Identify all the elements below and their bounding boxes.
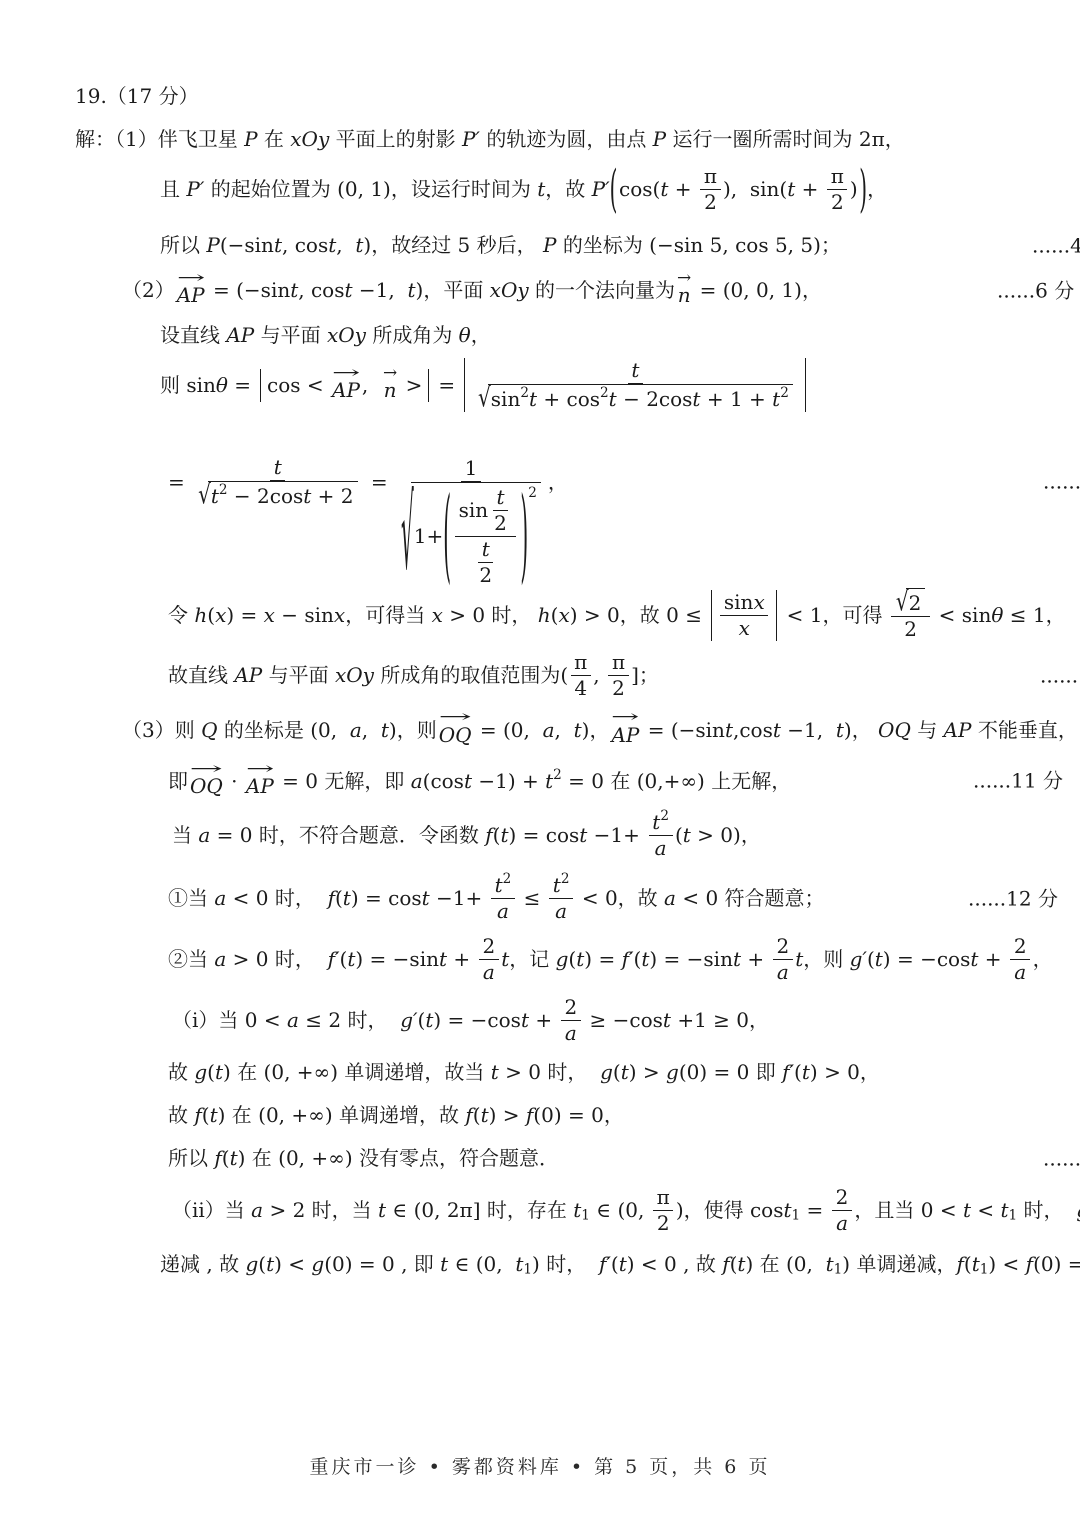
solution-line-9: 令 h(x) = x − sinx，可得当 x > 0 时， h(x) > 0，… [168,588,1080,642]
page-footer: 重庆市一诊 • 雾都资料库 • 第 5 页，共 6 页 [0,1452,1080,1479]
solution-content: 19.（17 分）解：（1）伴飞卫星 P 在 xOy 平面上的射影 P′ 的轨迹… [0,82,1080,1279]
solution-line-7: 则 sinθ = cos < →AP, →n > = t√sin2t + cos… [160,358,1080,412]
solution-line-2: 解：（1）伴飞卫星 P 在 xOy 平面上的射影 P′ 的轨迹为圆，由点 P 运… [75,125,1080,154]
solution-line-17: 故 g(t) 在 (0, +∞) 单调递增，故当 t > 0 时， g(t) >… [168,1058,1080,1087]
score-marker: ......14 分 [1043,1144,1080,1173]
solution-line-16: （i）当 0 < a ≤ 2 时， g′(t) = −cost + 2a ≥ −… [172,995,1080,1046]
solution-line-3: 且 P′ 的起始位置为 (0, 1)，设运行时间为 t，故 P′(cos(t +… [160,164,1080,215]
score-marker: ......11 分 [973,767,1063,796]
solution-line-10: 故直线 AP 与平面 xOy 所成角的取值范围为(π4, π2]；......1… [168,650,1080,701]
score-marker: ......10 分 [1040,661,1080,690]
solution-line-13: 当 a = 0 时，不符合题意．令函数 f(t) = cost −1+ t2a(… [172,810,1080,861]
solution-line-19: 所以 f(t) 在 (0, +∞) 没有零点，符合题意．......14 分 [168,1144,1080,1173]
solution-line-6: 设直线 AP 与平面 xOy 所成角为 θ， [160,321,1080,350]
solution-line-8: = t√t2 − 2cost + 2 = 1√1+(sint2t2)2，....… [168,416,1080,548]
score-marker: ......4 分 [1032,231,1080,260]
solution-line-15: ②当 a > 0 时， f′(t) = −sint + 2at，记 g(t) =… [168,934,1080,985]
solution-line-5: （2）→AP = (−sint, cost −1, t)，平面 xOy 的一个法… [122,274,1080,307]
solution-line-12: 即→OQ · →AP = 0 无解，即 a(cost −1) + t2 = 0 … [168,765,1080,798]
solution-line-21: 递减 , 故 g(t) < g(0) = 0 , 即 t ∈ (0, t1) 时… [160,1250,1080,1279]
score-marker: ......6 分 [997,276,1074,305]
document-page: 19.（17 分）解：（1）伴飞卫星 P 在 xOy 平面上的射影 P′ 的轨迹… [0,0,1080,1528]
solution-line-20: （ii）当 a > 2 时，当 t ∈ (0, 2π] 时，存在 t1 ∈ (0… [172,1185,1080,1236]
score-marker: ......8 分 [1043,468,1080,497]
solution-line-4: 所以 P(−sint, cost, t)，故经过 5 秒后， P 的坐标为 (−… [160,231,1080,260]
solution-line-14: ①当 a < 0 时， f(t) = cost −1+ t2a ≤ t2a < … [168,873,1080,924]
solution-line-18: 故 f(t) 在 (0, +∞) 单调递增，故 f(t) > f(0) = 0， [168,1101,1080,1130]
solution-line-1: 19.（17 分） [75,82,1080,111]
solution-line-11: （3）则 Q 的坐标是 (0, a, t)，则→OQ = (0, a, t)，→… [122,713,1080,746]
score-marker: ......12 分 [968,884,1058,913]
